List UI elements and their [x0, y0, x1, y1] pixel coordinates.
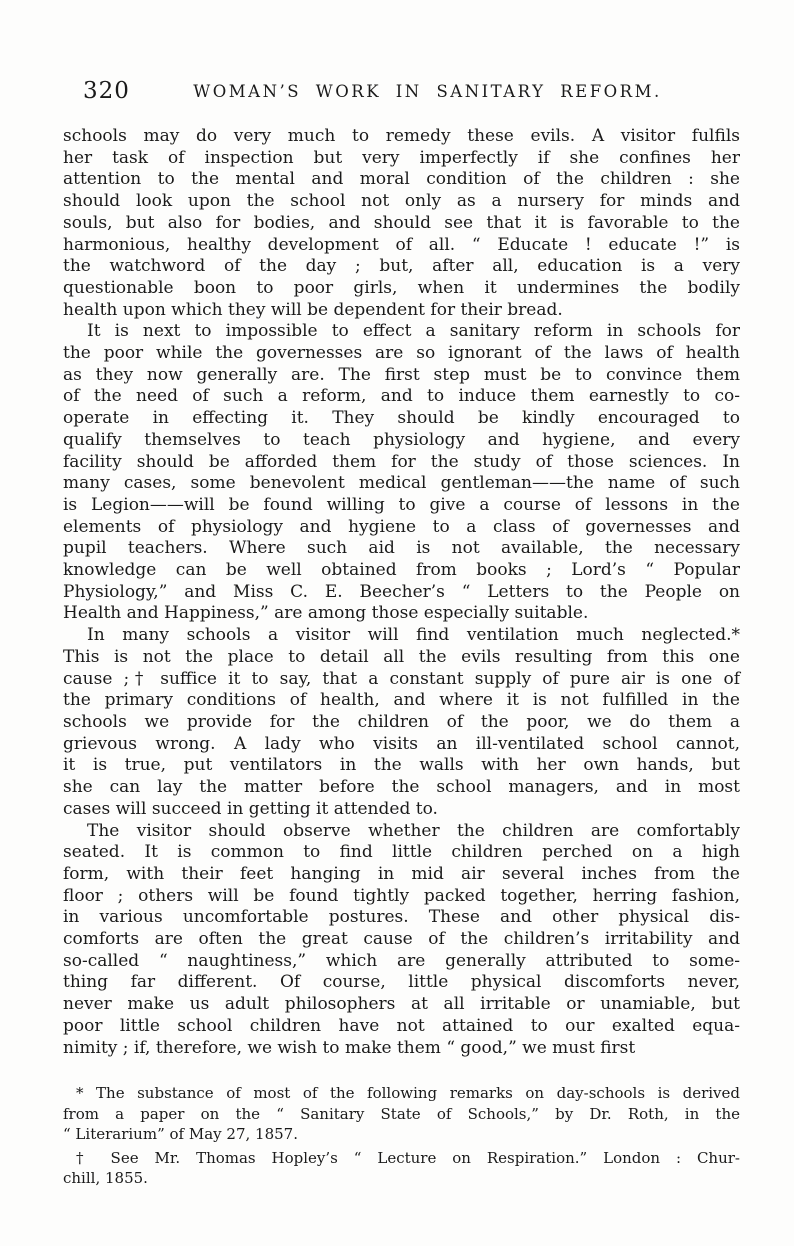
text-line: schools we provide for the children of t…: [63, 712, 740, 734]
text-line: In many schools a visitor will find vent…: [63, 625, 740, 647]
text-line: she can lay the matter before the school…: [63, 777, 740, 799]
text-line: as they now generally are. The first ste…: [63, 365, 740, 387]
text-line: in various uncomfortable postures. These…: [63, 907, 740, 929]
text-line: The visitor should observe whether the c…: [63, 821, 740, 843]
text-line: the watchword of the day ; but, after al…: [63, 256, 740, 278]
text-line: This is not the place to detail all the …: [63, 647, 740, 669]
text-line: It is next to impossible to effect a san…: [63, 321, 740, 343]
paragraph: In many schools a visitor will find vent…: [63, 625, 740, 820]
text-line: † See Mr. Thomas Hopley’s “ Lecture on R…: [63, 1148, 740, 1169]
page-header: 320 WOMAN’S WORK IN SANITARY REFORM.: [63, 78, 740, 110]
footnote: * The substance of most of the following…: [63, 1083, 740, 1145]
paragraph: schools may do very much to remedy these…: [63, 126, 740, 321]
text-line: it is true, put ventilators in the walls…: [63, 755, 740, 777]
text-line: nimity ; if, therefore, we wish to make …: [63, 1038, 740, 1060]
text-line: thing far different. Of course, little p…: [63, 972, 740, 994]
text-line: cases will succeed in getting it attende…: [63, 799, 740, 821]
text-line: “ Literarium” of May 27, 1857.: [63, 1124, 740, 1145]
text-line: poor little school children have not att…: [63, 1016, 740, 1038]
text-line: should look upon the school not only as …: [63, 191, 740, 213]
text-line: operate in effecting it. They should be …: [63, 408, 740, 430]
book-page: 320 WOMAN’S WORK IN SANITARY REFORM. sch…: [0, 0, 794, 1246]
text-line: comforts are often the great cause of th…: [63, 929, 740, 951]
footnotes: * The substance of most of the following…: [63, 1083, 740, 1189]
text-line: so-called “ naughtiness,” which are gene…: [63, 951, 740, 973]
text-line: the primary conditions of health, and wh…: [63, 690, 740, 712]
text-line: attention to the mental and moral condit…: [63, 169, 740, 191]
text-line: form, with their feet hanging in mid air…: [63, 864, 740, 886]
body-text: schools may do very much to remedy these…: [63, 126, 740, 1059]
text-line: elements of physiology and hygiene to a …: [63, 517, 740, 539]
text-line: qualify themselves to teach physiology a…: [63, 430, 740, 452]
text-line: Health and Happiness,” are among those e…: [63, 603, 740, 625]
text-line: never make us adult philosophers at all …: [63, 994, 740, 1016]
text-line: questionable boon to poor girls, when it…: [63, 278, 740, 300]
text-line: from a paper on the “ Sanitary State of …: [63, 1104, 740, 1125]
text-line: grievous wrong. A lady who visits an ill…: [63, 734, 740, 756]
text-line: chill, 1855.: [63, 1168, 740, 1189]
text-line: many cases, some benevolent medical gent…: [63, 473, 740, 495]
text-line: schools may do very much to remedy these…: [63, 126, 740, 148]
text-line: Physiology,” and Miss C. E. Beecher’s “ …: [63, 582, 740, 604]
footnote: † See Mr. Thomas Hopley’s “ Lecture on R…: [63, 1148, 740, 1189]
text-line: pupil teachers. Where such aid is not av…: [63, 538, 740, 560]
text-line: her task of inspection but very imperfec…: [63, 148, 740, 170]
text-line: floor ; others will be found tightly pac…: [63, 886, 740, 908]
paragraph: The visitor should observe whether the c…: [63, 821, 740, 1060]
text-line: knowledge can be well obtained from book…: [63, 560, 740, 582]
text-line: souls, but also for bodies, and should s…: [63, 213, 740, 235]
text-line: facility should be afforded them for the…: [63, 452, 740, 474]
text-line: * The substance of most of the following…: [63, 1083, 740, 1104]
text-line: of the need of such a reform, and to ind…: [63, 386, 740, 408]
text-line: harmonious, healthy development of all. …: [63, 235, 740, 257]
running-title: WOMAN’S WORK IN SANITARY REFORM.: [89, 78, 766, 101]
text-line: cause ;† suffice it to say, that a const…: [63, 669, 740, 691]
paragraph: It is next to impossible to effect a san…: [63, 321, 740, 625]
text-line: seated. It is common to find little chil…: [63, 842, 740, 864]
text-line: is Legion——will be found willing to give…: [63, 495, 740, 517]
text-line: health upon which they will be dependent…: [63, 300, 740, 322]
text-line: the poor while the governesses are so ig…: [63, 343, 740, 365]
